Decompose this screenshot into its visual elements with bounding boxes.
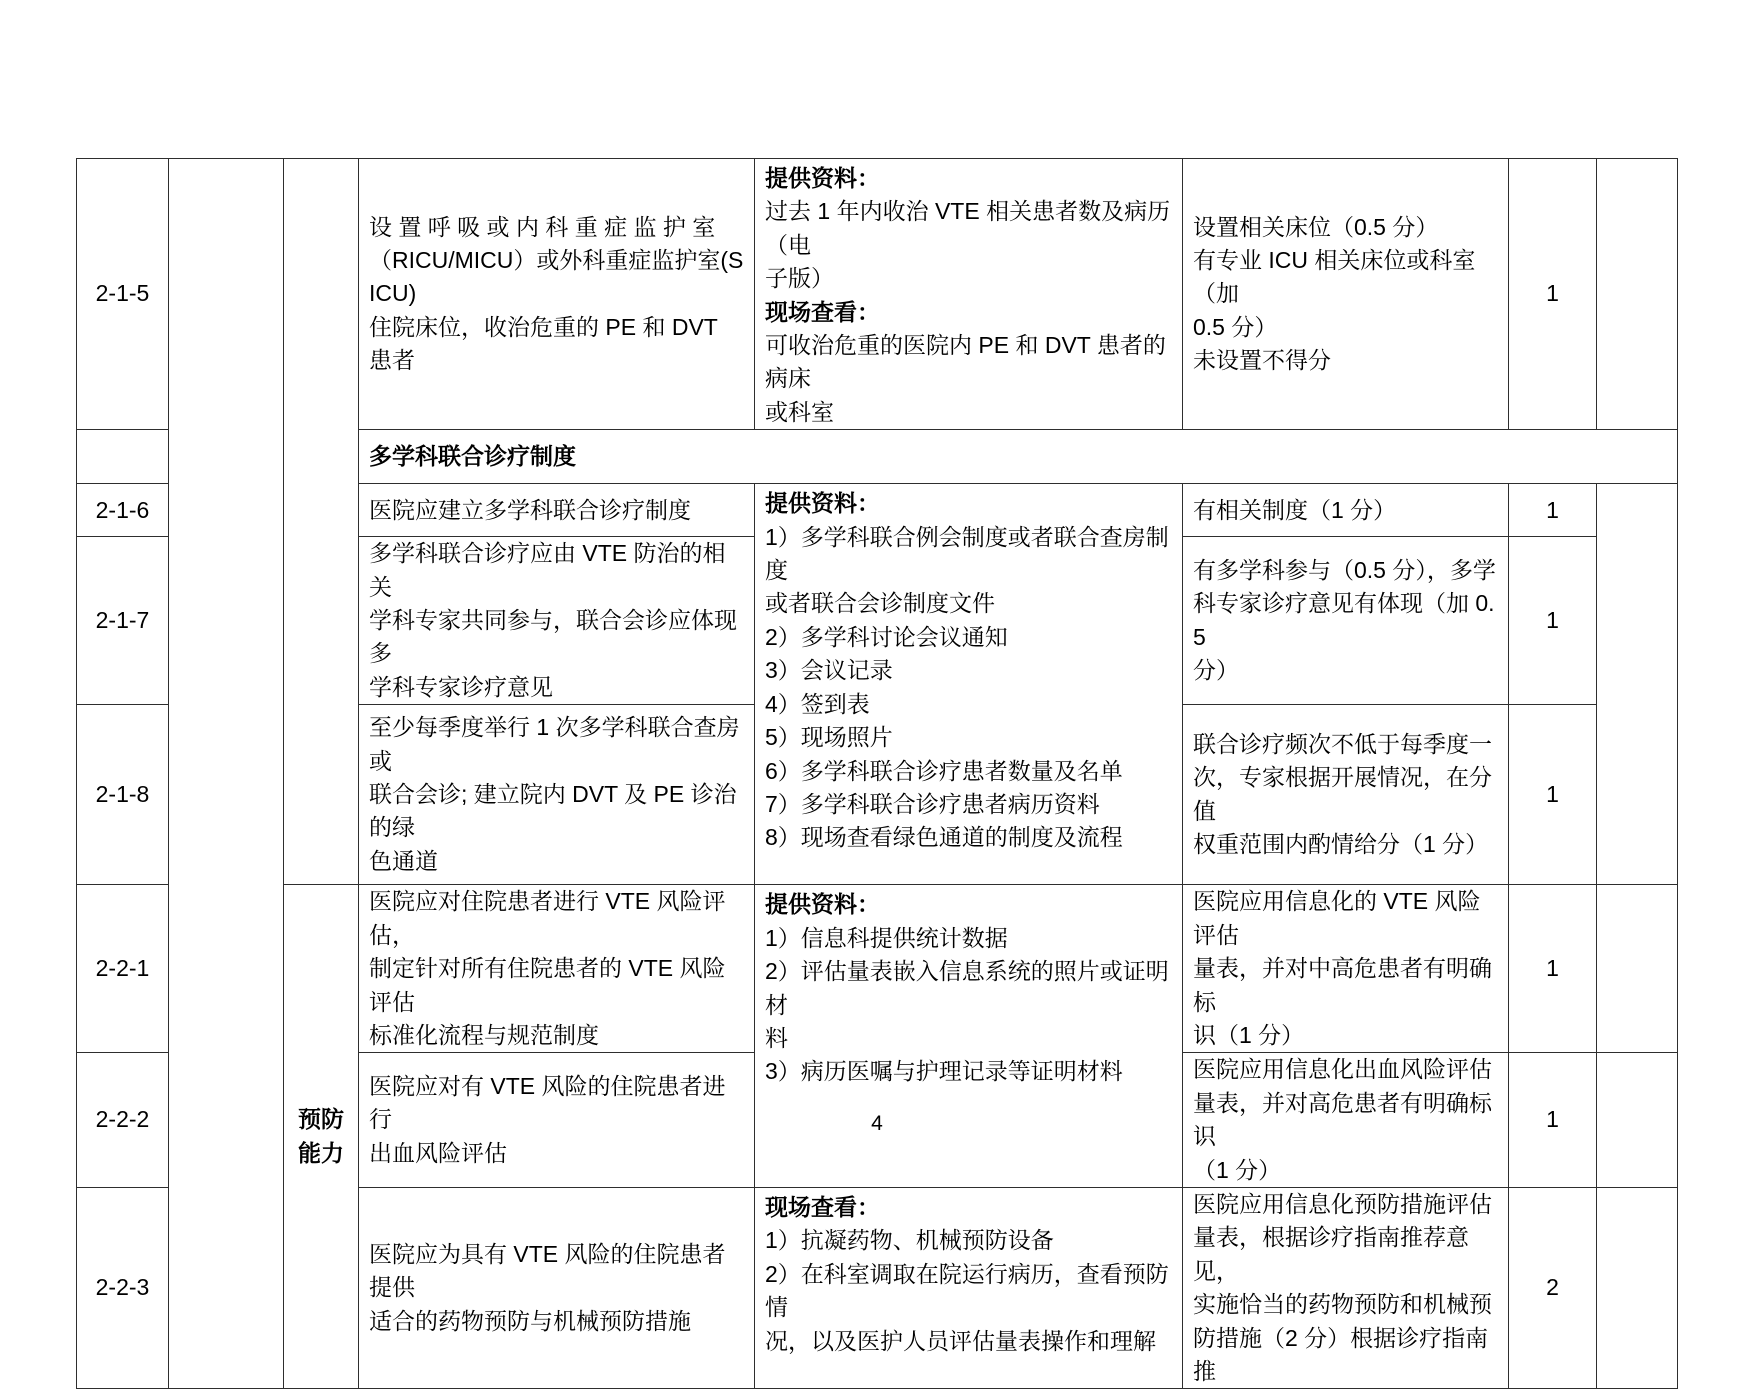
text-line: 2）在科室调取在院运行病历，查看预防情 [765,1258,1172,1325]
row-2-1-7-criteria: 多学科联合诊疗应由 VTE 防治的相关学科专家共同参与，联合会诊应体现多学科专家… [359,537,755,705]
text-line: 科专家诊疗意见有体现（加 0.5 [1193,587,1498,654]
text-line: 学科专家诊疗意见 [369,671,744,704]
text-line: 制定针对所有住院患者的 VTE 风险评估 [369,952,744,1019]
text-line: 医院应建立多学科联合诊疗制度 [369,494,744,527]
text-line: 有相关制度（1 分） [1193,494,1498,527]
text-line: 1）信息科提供统计数据 [765,922,1172,955]
row-2-1-7-score: 1 [1509,537,1597,705]
row-2-2-3-criteria: 医院应为具有 VTE 风险的住院患者提供适合的药物预防与机械预防措施 [359,1187,755,1388]
method-label-onsite: 现场查看： [765,1191,1172,1224]
text-line: 出血风险评估 [369,1137,744,1170]
text-line: 或科室 [765,396,1172,429]
text-line: 有专业 ICU 相关床位或科室（加 [1193,244,1498,311]
text-line: 实施恰当的药物预防和机械预 [1193,1288,1498,1321]
text-line: 住院床位，收治危重的 PE 和 DVT 患者 [369,311,744,378]
text-line: 过去 1 年内收治 VTE 相关患者数及病历（电 [765,195,1172,262]
mdt-remark-cell [1597,484,1678,885]
text-line: 权重范围内酌情给分（1 分） [1193,828,1498,861]
text-line: 防措施（2 分）根据诊疗指南推 [1193,1322,1498,1389]
mdt-method-cell: 提供资料： 1）多学科联合例会制度或者联合查房制度或者联合会诊制度文件2）多学科… [755,484,1183,885]
text-line: （1 分） [1193,1154,1498,1187]
text-line: 2）多学科讨论会议通知 [765,621,1172,654]
row-2-2-1-id: 2-2-1 [77,885,169,1053]
text-line: 7）多学科联合诊疗患者病历资料 [765,788,1172,821]
text-line: 量表，根据诊疗指南推荐意见， [1193,1221,1498,1288]
row-2-1-6-score: 1 [1509,484,1597,537]
text-line: 医院应用信息化出血风险评估 [1193,1053,1498,1086]
text-line: 1）抗凝药物、机械预防设备 [765,1224,1172,1257]
text-line: （RICU/MICU）或外科重症监护室(SICU) [369,244,744,311]
row-2-1-8-criteria: 至少每季度举行 1 次多学科联合查房或联合会诊; 建立院内 DVT 及 PE 诊… [359,705,755,885]
row-2-1-5-criteria: 设 置 呼 吸 或 内 科 重 症 监 护 室（RICU/MICU）或外科重症监… [359,159,755,430]
text-line: 况，以及医护人员评估量表操作和理解 [765,1325,1172,1358]
method-label-onsite: 现场查看： [765,296,1172,329]
row-2-1-6-scoring: 有相关制度（1 分） [1183,484,1509,537]
text-line: 6）多学科联合诊疗患者数量及名单 [765,755,1172,788]
row-2-1-6-id: 2-1-6 [77,484,169,537]
text-line: 联合会诊; 建立院内 DVT 及 PE 诊治的绿 [369,778,744,845]
text-line: 未设置不得分 [1193,344,1498,377]
text-line: 学科专家共同参与，联合会诊应体现多 [369,604,744,671]
section-row-id-cell [77,430,169,484]
row-2-1-7-scoring: 有多学科参与（0.5 分），多学科专家诊疗意见有体现（加 0.5分） [1183,537,1509,705]
method-onsite-text: 可收治危重的医院内 PE 和 DVT 患者的病床或科室 [765,329,1172,429]
text-line: 多学科联合诊疗应由 VTE 防治的相关 [369,537,744,604]
row-2-2-3-score: 2 [1509,1187,1597,1388]
method-provide-text: 过去 1 年内收治 VTE 相关患者数及病历（电子版） [765,195,1172,295]
text-line: 5）现场照片 [765,721,1172,754]
row-2-2-3-method: 现场查看： 1）抗凝药物、机械预防设备2）在科室调取在院运行病历，查看预防情况，… [755,1187,1183,1388]
category-cell: 预防能力 [284,885,359,1389]
text-line: 3）会议记录 [765,654,1172,687]
row-2-2-1-remark [1597,885,1678,1053]
text-line: 联合诊疗频次不低于每季度一 [1193,728,1498,761]
row-2-2-1-criteria: 医院应对住院患者进行 VTE 风险评估，制定针对所有住院患者的 VTE 风险评估… [359,885,755,1053]
text-line: 1）多学科联合例会制度或者联合查房制度 [765,521,1172,588]
row-2-1-8-scoring: 联合诊疗频次不低于每季度一次，专家根据开展情况，在分值权重范围内酌情给分（1 分… [1183,705,1509,885]
method-onsite-list: 1）抗凝药物、机械预防设备2）在科室调取在院运行病历，查看预防情况，以及医护人员… [765,1224,1172,1358]
row-2-2-3-scoring: 医院应用信息化预防措施评估量表，根据诊疗指南推荐意见，实施恰当的药物预防和机械预… [1183,1187,1509,1388]
row-2-1-5-method: 提供资料： 过去 1 年内收治 VTE 相关患者数及病历（电子版） 现场查看： … [755,159,1183,430]
row-2-1-5-id: 2-1-5 [77,159,169,430]
row-2-1-6-criteria: 医院应建立多学科联合诊疗制度 [359,484,755,537]
text-line: 次，专家根据开展情况，在分值 [1193,761,1498,828]
text-line: 分） [1193,654,1498,687]
text-line: 8）现场查看绿色通道的制度及流程 [765,821,1172,854]
row-2-1-7-id: 2-1-7 [77,537,169,705]
text-line: 标准化流程与规范制度 [369,1019,744,1052]
method-provide-list: 1）信息科提供统计数据2）评估量表嵌入信息系统的照片或证明材料3）病历医嘱与护理… [765,922,1172,1089]
text-line: 3）病历医嘱与护理记录等证明材料 [765,1055,1172,1088]
text-line: 能力 [288,1137,354,1170]
text-line: 量表，并对中高危患者有明确标 [1193,952,1498,1019]
text-line: 医院应对住院患者进行 VTE 风险评估， [369,885,744,952]
group-column-cell [169,159,284,1389]
text-line: 色通道 [369,845,744,878]
text-line: 医院应为具有 VTE 风险的住院患者提供 [369,1238,744,1305]
row-2-2-3-id: 2-2-3 [77,1187,169,1388]
category-column-empty-cell [284,159,359,885]
method-label-provide: 提供资料： [765,888,1172,921]
method-label-provide: 提供资料： [765,162,1172,195]
text-line: 子版） [765,262,1172,295]
section-header-cell: 多学科联合诊疗制度 [359,430,1678,484]
text-line: 设 置 呼 吸 或 内 科 重 症 监 护 室 [369,211,744,244]
text-line: 识（1 分） [1193,1019,1498,1052]
text-line: 设置相关床位（0.5 分） [1193,211,1498,244]
text-line: 医院应用信息化预防措施评估 [1193,1188,1498,1221]
row-2-1-8-score: 1 [1509,705,1597,885]
row-2-1-5-scoring: 设置相关床位（0.5 分）有专业 ICU 相关床位或科室（加0.5 分）未设置不… [1183,159,1509,430]
text-line: 至少每季度举行 1 次多学科联合查房或 [369,711,744,778]
method-label-provide: 提供资料： [765,487,1172,520]
method-provide-list: 1）多学科联合例会制度或者联合查房制度或者联合会诊制度文件2）多学科讨论会议通知… [765,521,1172,855]
prevention-method-cell: 提供资料： 1）信息科提供统计数据2）评估量表嵌入信息系统的照片或证明材料3）病… [755,885,1183,1188]
page-number: 4 [0,1112,1754,1136]
text-line: 医院应用信息化的 VTE 风险评估 [1193,885,1498,952]
text-line: 有多学科参与（0.5 分），多学 [1193,554,1498,587]
document-page: 2-1-5 设 置 呼 吸 或 内 科 重 症 监 护 室（RICU/MICU）… [0,0,1754,1239]
row-2-2-1-scoring: 医院应用信息化的 VTE 风险评估量表，并对中高危患者有明确标识（1 分） [1183,885,1509,1053]
row-2-1-5-score: 1 [1509,159,1597,430]
text-line: 4）签到表 [765,688,1172,721]
text-line: 适合的药物预防与机械预防措施 [369,1305,744,1338]
text-line: 或者联合会诊制度文件 [765,587,1172,620]
row-2-2-3-remark [1597,1187,1678,1388]
text-line: 2）评估量表嵌入信息系统的照片或证明材 [765,955,1172,1022]
text-line: 可收治危重的医院内 PE 和 DVT 患者的病床 [765,329,1172,396]
text-line: 0.5 分） [1193,311,1498,344]
row-2-1-8-id: 2-1-8 [77,705,169,885]
assessment-table: 2-1-5 设 置 呼 吸 或 内 科 重 症 监 护 室（RICU/MICU）… [76,158,1678,1389]
row-2-1-5-remark [1597,159,1678,430]
text-line: 料 [765,1022,1172,1055]
row-2-2-1-score: 1 [1509,885,1597,1053]
